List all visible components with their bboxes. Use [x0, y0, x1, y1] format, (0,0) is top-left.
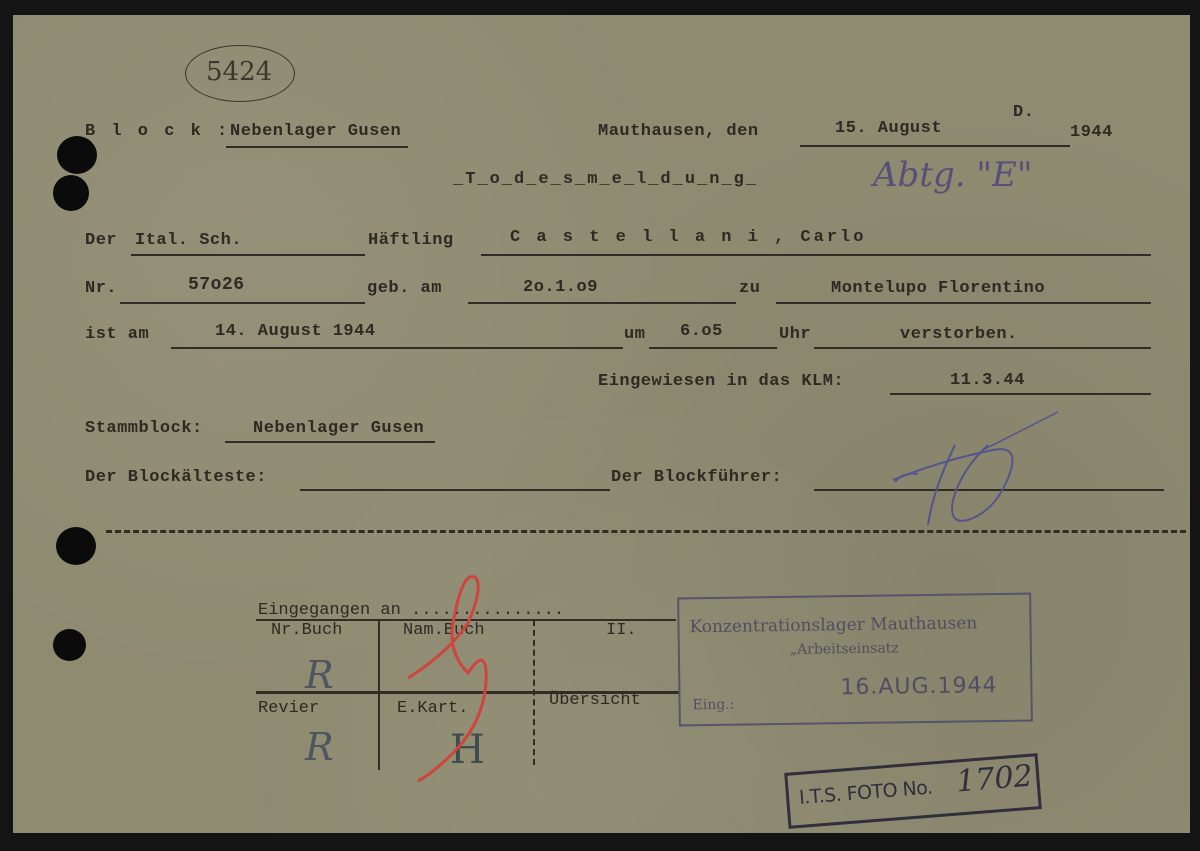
- foto-number: 1702: [955, 759, 1034, 800]
- underline: [468, 302, 736, 304]
- zu-label: zu: [739, 279, 760, 298]
- stamp-date: 16.AUG.1944: [840, 673, 998, 700]
- cut-line: [106, 530, 1186, 533]
- header-year: 1944: [1070, 123, 1113, 142]
- table-divider: [533, 620, 535, 765]
- stamp-eing-label: Eing.:: [693, 697, 735, 714]
- form-title: _T_o_d_e_s_m_e_l_d_u_n_g_: [453, 170, 758, 189]
- ist-am-label: ist am: [85, 325, 149, 344]
- its-foto-stamp: I.T.S. FOTO No. 1702: [784, 753, 1042, 829]
- eingewiesen-label: Eingewiesen in das KLM:: [598, 372, 844, 391]
- prisoner-name: C a s t e l l a n i , Carlo: [510, 228, 866, 247]
- table-divider: [378, 620, 380, 770]
- block-value: Nebenlager Gusen: [230, 122, 401, 141]
- underline: [800, 145, 1070, 147]
- prisoner-category: Ital. Sch.: [135, 231, 242, 250]
- death-status: verstorben.: [900, 325, 1018, 344]
- annotation-d: D.: [1013, 103, 1034, 122]
- underline: [131, 254, 365, 256]
- stammblock-value: Nebenlager Gusen: [253, 419, 424, 438]
- underline: [776, 302, 1151, 304]
- cell-nr-buch: Nr.Buch: [271, 621, 342, 640]
- um-label: um: [624, 325, 645, 344]
- underline: [226, 146, 408, 148]
- stamp-line1: Konzentrationslager Mauthausen: [689, 613, 977, 637]
- stammblock-label: Stammblock:: [85, 419, 203, 438]
- stamp-line2: „Arbeitseinsatz: [790, 640, 899, 658]
- foto-label: I.T.S. FOTO No.: [798, 776, 933, 808]
- punch-hole: [53, 175, 89, 211]
- death-time: 6.o5: [680, 322, 723, 341]
- haeftling-label: Häftling: [368, 231, 454, 250]
- death-date: 14. August 1944: [215, 322, 376, 341]
- punch-hole: [57, 136, 97, 174]
- cell-revier: Revier: [258, 699, 319, 718]
- place-label: Mauthausen, den: [598, 122, 759, 141]
- reference-number: 5424: [206, 57, 272, 87]
- cell-uebersicht: Übersicht: [549, 691, 641, 710]
- underline: [171, 347, 623, 349]
- red-pencil-mark: [398, 563, 508, 783]
- prisoner-number: 57o26: [188, 275, 245, 295]
- cell-ii: II.: [606, 621, 637, 640]
- underline: [814, 347, 1151, 349]
- punch-hole: [53, 629, 86, 661]
- mark-nr-buch: R: [305, 653, 334, 697]
- handwritten-department: Abtg. "E": [873, 155, 1032, 195]
- underline: [120, 302, 365, 304]
- mark-revier: R: [305, 725, 334, 769]
- blockaelteste-signature-line: [300, 489, 610, 491]
- underline: [481, 254, 1151, 256]
- uhr-label: Uhr: [779, 325, 811, 344]
- block-label: B l o c k :: [85, 122, 230, 141]
- birth-date: 2o.1.o9: [523, 278, 598, 297]
- arbeitseinsatz-stamp: Konzentrationslager Mauthausen „Arbeitse…: [677, 593, 1033, 727]
- date-value: 15. August: [835, 119, 942, 138]
- eingewiesen-date: 11.3.44: [950, 371, 1025, 390]
- blockaelteste-label: Der Blockälteste:: [85, 468, 267, 487]
- document-page: 5424 B l o c k : Nebenlager Gusen Mautha…: [13, 15, 1190, 833]
- blockfuehrer-label: Der Blockführer:: [611, 468, 782, 487]
- der-label: Der: [85, 231, 117, 250]
- punch-hole: [56, 527, 96, 565]
- underline: [890, 393, 1151, 395]
- birth-place: Montelupo Florentino: [831, 279, 1045, 298]
- underline: [649, 347, 777, 349]
- nr-label: Nr.: [85, 279, 117, 298]
- blockfuehrer-signature: [883, 410, 1073, 530]
- geb-label: geb. am: [367, 279, 442, 298]
- underline: [225, 441, 435, 443]
